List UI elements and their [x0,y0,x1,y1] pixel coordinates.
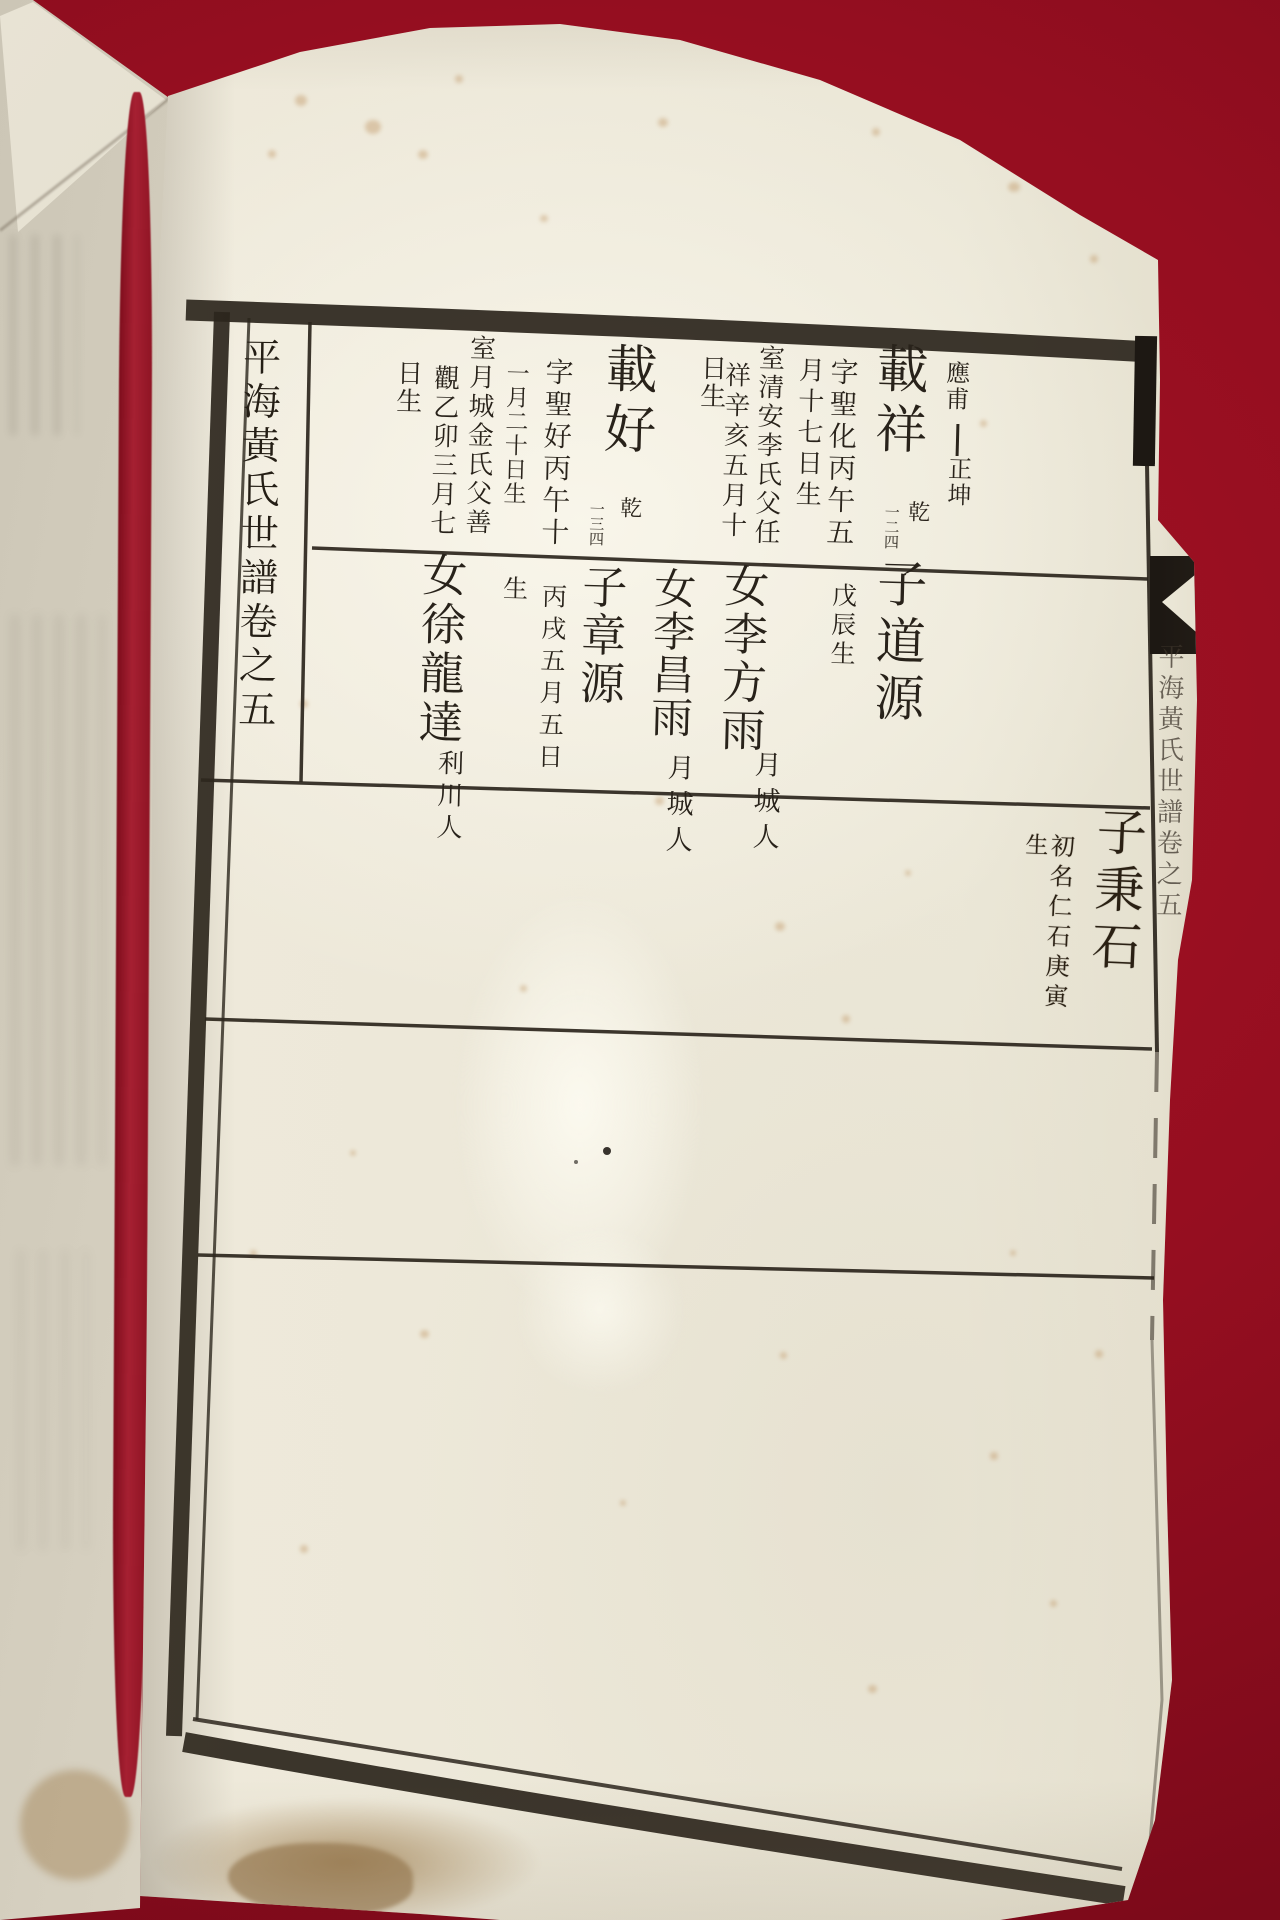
border-left-thick [174,312,222,1736]
ink-speck [574,1160,578,1164]
border-bottom-thick [184,1742,1124,1896]
handwritten-note-column: 初名仁石庚寅 [1041,833,1073,1014]
entry-detail-column: 字聖化丙午五 [824,357,857,550]
entry-volume-ref-pages: 一三四 [588,501,604,546]
entry-name: 載好 [598,341,653,462]
border-right-faded [1152,1052,1157,1340]
entry-detail-column: 觀乙卯三月七 [427,364,458,539]
title-cell-divider [301,322,310,782]
ink-speck [603,1147,611,1155]
entry-note-column: 丙戌五月五日 [536,583,566,776]
entry-detail-column: 字聖好丙午十 [539,357,572,550]
handwritten-entry-name: 子秉石 [1087,805,1144,978]
fold-title: 平海黃氏世譜卷之五 [1155,643,1182,922]
border-bottom-inner [193,1719,1122,1869]
entry-name: 子章源 [575,563,624,708]
entry-detail-column: 室清安李氏父任 [752,344,783,548]
entry-volume-ref: 乾 [617,496,640,519]
entry-name: 載祥 [869,341,924,462]
handwritten-note-column: 生 [1022,832,1046,856]
entry-name: 女李昌雨 [647,566,693,739]
row-divider-3 [205,1019,1152,1049]
entry-name: 子道源 [870,557,924,729]
entry-note-column: 月城人 [662,753,692,862]
entry-detail-column: 日生 [394,359,421,416]
entry-detail-column: 月十七日生 [793,356,823,512]
border-right-faded [1146,1340,1162,1888]
entry-detail-column: 一月二十日生 [500,361,527,506]
row-divider-4 [198,1255,1154,1278]
entry-volume-ref: 乾 [905,500,928,523]
entry-volume-ref-pages: 一二四 [883,504,899,549]
entry-note-column: 生 [501,575,527,601]
volume-title: 平海黃氏世譜卷之五 [234,337,278,733]
entry-detail-column: 日生 [698,354,725,411]
entry-name: 女李方雨 [716,562,766,755]
generation-ref-lower: 正坤 [945,456,970,509]
bleedthrough-text-smudge [12,615,104,1165]
entry-name: 女徐龍達 [414,551,464,748]
border-top [186,310,1150,352]
bleedthrough-text-smudge [10,235,78,435]
bleedthrough-text-smudge [18,1250,88,1550]
fold-edge-strip: 平海黃氏世譜卷之五 [1155,643,1185,933]
book-photo: 平海黃氏世譜卷之五 應甫 正坤 載祥 乾 一二四 字聖化丙午五 月十七日生 室清… [0,0,1280,1920]
entry-note-column: 利川人 [433,749,462,846]
paper-stain [20,1770,130,1880]
entry-note-column: 戊辰生 [829,582,856,670]
genealogy-page: 平海黃氏世譜卷之五 應甫 正坤 載祥 乾 一二四 字聖化丙午五 月十七日生 室清… [0,0,1280,1920]
generation-ref-upper: 應甫 [943,360,968,413]
fold-black-bar [1133,336,1157,466]
entry-detail-column: 室月城金氏父善 [463,334,494,538]
entry-note-column: 月城人 [749,750,779,859]
